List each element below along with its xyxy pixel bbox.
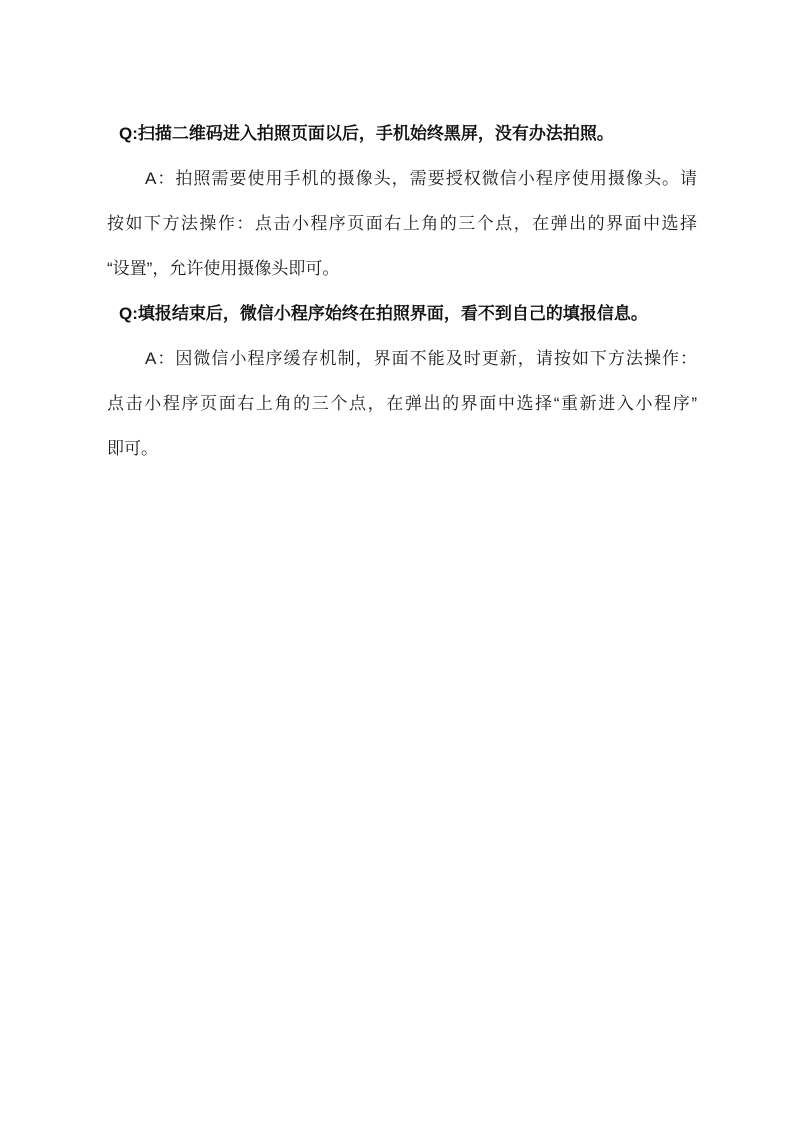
faq-text-block: Q:扫描二维码进入拍照页面以后，手机始终黑屏，没有办法拍照。A：拍照需要使用手机… — [107, 111, 697, 471]
question-line: Q:扫描二维码进入拍照页面以后，手机始终黑屏，没有办法拍照。 — [107, 111, 697, 156]
question-line: Q:填报结束后，微信小程序始终在拍照界面，看不到自己的填报信息。 — [107, 291, 697, 336]
document-page: Q:扫描二维码进入拍照页面以后，手机始终黑屏，没有办法拍照。A：拍照需要使用手机… — [0, 0, 793, 1122]
answer-line: “设置”，允许使用摄像头即可。 — [107, 246, 697, 291]
answer-line: 按如下方法操作：点击小程序页面右上角的三个点，在弹出的界面中选择 — [107, 201, 697, 246]
answer-line: A：因微信小程序缓存机制，界面不能及时更新，请按如下方法操作： — [107, 336, 697, 381]
answer-line: 即可。 — [107, 426, 697, 471]
answer-line: 点击小程序页面右上角的三个点，在弹出的界面中选择“重新进入小程序” — [107, 381, 697, 426]
answer-line: A：拍照需要使用手机的摄像头，需要授权微信小程序使用摄像头。请 — [107, 156, 697, 201]
